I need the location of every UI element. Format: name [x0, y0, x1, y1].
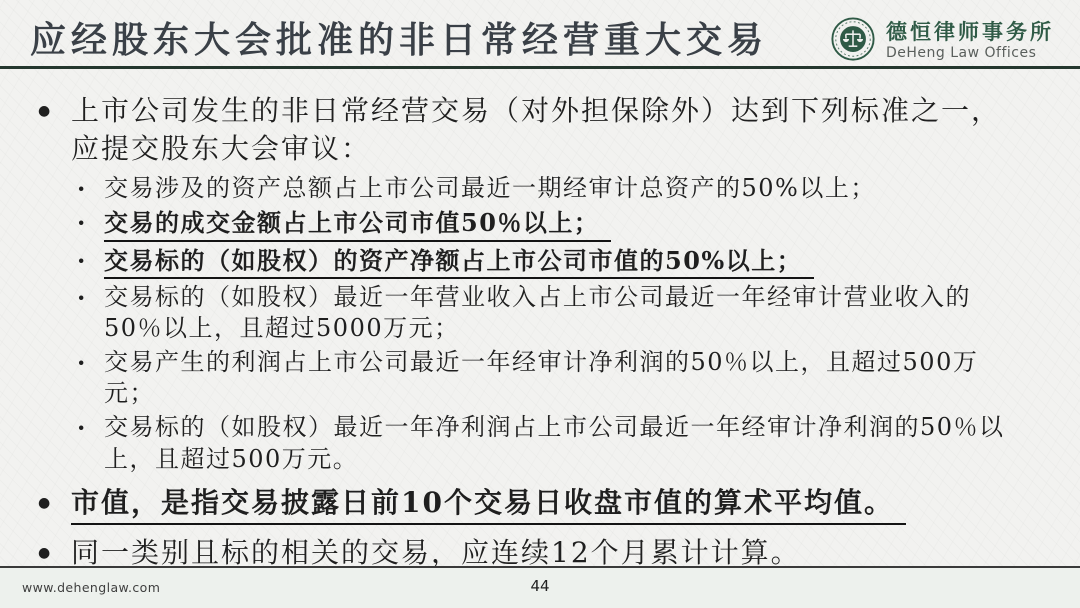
- bullet-marker-icon: ●: [36, 484, 71, 522]
- deheng-logo: 德恒律师事务所 DeHeng Law Offices: [830, 16, 1054, 66]
- bullet-text: 交易标的（如股权）最近一年营业收入占上市公司最近一年经审计营业收入的50％以上，…: [104, 282, 1009, 344]
- bullet-item: ·交易涉及的资产总额占上市公司最近一期经审计总资产的50%以上；: [75, 173, 1056, 204]
- bullet-text: 交易产生的利润占上市公司最近一年经审计净利润的50％以上，且超过500万元；: [104, 347, 1009, 409]
- bullet-text: 交易标的（如股权）的资产净额占上市公司市值的50%以上；: [104, 245, 814, 279]
- logo-name-cn: 德恒律师事务所: [886, 19, 1054, 45]
- bullet-marker-icon: ·: [75, 245, 104, 276]
- title-divider: [0, 66, 1080, 69]
- page-title: 应经股东大会批准的非日常经营重大交易: [30, 12, 768, 63]
- bullet-marker-icon: ·: [75, 347, 104, 378]
- bullet-item: ·交易产生的利润占上市公司最近一年经审计净利润的50％以上，且超过500万元；: [75, 347, 1056, 409]
- bullet-item: ·交易的成交金额占上市公司市值50％以上；: [75, 207, 1056, 241]
- bullet-text: 交易涉及的资产总额占上市公司最近一期经审计总资产的50%以上；: [104, 173, 876, 204]
- bullet-item: ●市值，是指交易披露日前10个交易日收盘市值的算术平均值。: [36, 484, 1056, 525]
- bullet-text: 上市公司发生的非日常经营交易（对外担保除外）达到下列标准之一，应提交股东大会审议…: [71, 92, 1016, 168]
- bullet-text: 交易的成交金额占上市公司市值50％以上；: [104, 207, 611, 241]
- footer-bar: www.dehenglaw.com 44: [0, 566, 1080, 608]
- bullet-marker-icon: ·: [75, 173, 104, 204]
- bullet-text: 交易标的（如股权）最近一年净利润占上市公司最近一年经审计净利润的50％以上，且超…: [104, 412, 1009, 474]
- page-number: 44: [0, 577, 1080, 595]
- bullet-marker-icon: ·: [75, 282, 104, 313]
- bullet-item: ·交易标的（如股权）最近一年营业收入占上市公司最近一年经审计营业收入的50％以上…: [75, 282, 1056, 344]
- logo-name-en: DeHeng Law Offices: [886, 45, 1054, 63]
- slide: 应经股东大会批准的非日常经营重大交易 德恒律师事务所 DeHeng: [0, 0, 1080, 608]
- scales-of-justice-icon: [830, 16, 876, 66]
- bullet-marker-icon: ·: [75, 207, 104, 238]
- bullet-text: 市值，是指交易披露日前10个交易日收盘市值的算术平均值。: [71, 484, 906, 525]
- bullet-marker-icon: ●: [36, 92, 71, 130]
- bullet-list: ●上市公司发生的非日常经营交易（对外担保除外）达到下列标准之一，应提交股东大会审…: [36, 92, 1056, 572]
- bullet-item: ●上市公司发生的非日常经营交易（对外担保除外）达到下列标准之一，应提交股东大会审…: [36, 92, 1056, 168]
- bullet-marker-icon: ·: [75, 412, 104, 443]
- bullet-item: ·交易标的（如股权）最近一年净利润占上市公司最近一年经审计净利润的50％以上，且…: [75, 412, 1056, 474]
- bullet-item: ·交易标的（如股权）的资产净额占上市公司市值的50%以上；: [75, 245, 1056, 279]
